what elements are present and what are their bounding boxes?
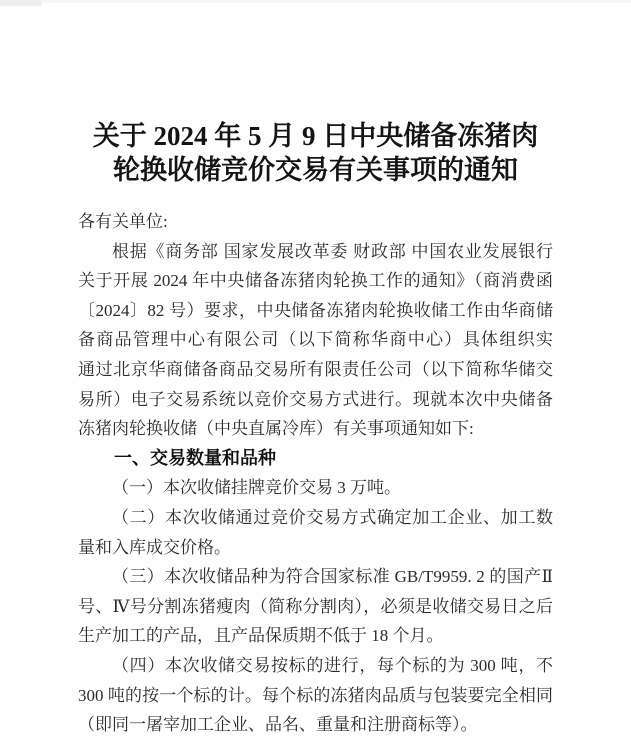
body-line: （二）本次收储通过竞价交易方式确定加工企业、加工数 (78, 503, 553, 533)
body-line: 生产加工的产品，且产品保质期不低于 18 个月。 (78, 621, 553, 651)
title-line-2: 轮换收储竞价交易有关事项的通知 (40, 153, 591, 187)
body-line: 关于开展 2024 年中央储备冻猪肉轮换工作的通知》（商消费函 (78, 266, 553, 296)
document-page: 关于 2024 年 5 月 9 日中央储备冻猪肉 轮换收储竞价交易有关事项的通知… (0, 0, 631, 738)
scan-artifact-top (0, 0, 631, 3)
body-line: 通过北京华商储备商品交易所有限责任公司（以下简称华储交 (78, 355, 553, 385)
section-heading: 一、交易数量和品种 (78, 444, 553, 474)
body-line: （四）本次收储交易按标的进行，每个标的为 300 吨，不足 (78, 651, 553, 681)
body-line: 冻猪肉轮换收储（中央直属冷库）有关事项通知如下: (78, 414, 553, 444)
body-line: 〔2024〕82 号）要求，中央储备冻猪肉轮换收储工作由华商储 (78, 296, 553, 326)
body-line: （一）本次收储挂牌竞价交易 3 万吨。 (78, 473, 553, 503)
title-line-1: 关于 2024 年 5 月 9 日中央储备冻猪肉 (40, 119, 591, 153)
body-line: 根据《商务部 国家发展改革委 财政部 中国农业发展银行 (78, 237, 553, 267)
body-line: 300 吨的按一个标的计。每个标的冻猪肉品质与包装要完全相同 (78, 681, 553, 711)
document-title: 关于 2024 年 5 月 9 日中央储备冻猪肉 轮换收储竞价交易有关事项的通知 (0, 0, 631, 187)
body-line: 量和入库成交价格。 (78, 533, 553, 563)
body-line: 号、Ⅳ号分割冻猪瘦肉（简称分割肉），必须是收储交易日之后 (78, 592, 553, 622)
body-line: 备商品管理中心有限公司（以下简称华商中心）具体组织实施， (78, 325, 553, 355)
body-line: （三）本次收储品种为符合国家标准 GB/T9959. 2 的国产Ⅱ (78, 562, 553, 592)
scan-artifact-corner (0, 0, 42, 6)
document-body: 各有关单位: 根据《商务部 国家发展改革委 财政部 中国农业发展银行 关于开展 … (78, 207, 553, 738)
body-line: 易所）电子交易系统以竞价交易方式进行。现就本次中央储备 (78, 385, 553, 415)
body-line: （即同一屠宰加工企业、品名、重量和注册商标等）。 (78, 710, 553, 738)
salutation-line: 各有关单位: (78, 207, 553, 237)
